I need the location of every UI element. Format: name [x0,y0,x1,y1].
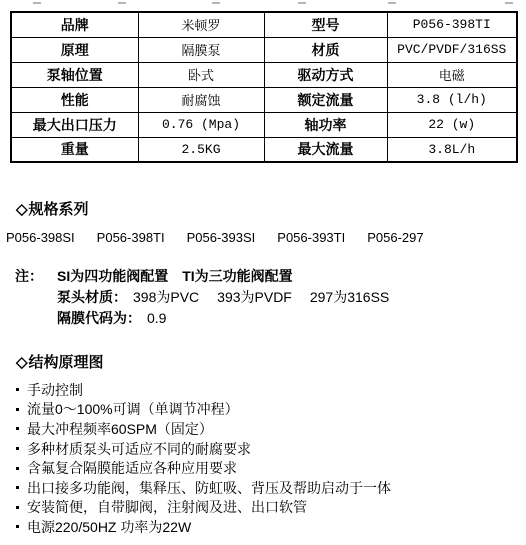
feature-text: 电源220/50HZ 功率为22W [27,517,191,537]
note-text: SI为四功能阀配置 [57,268,168,284]
bullet-icon [16,467,19,470]
bullet-icon [16,447,19,450]
text-fragment [33,2,41,4]
bullet-icon [16,388,19,391]
text-fragment [388,2,396,4]
spec-label: 泵轴位置 [11,62,138,87]
list-item: 电源220/50HZ 功率为22W [16,517,391,537]
bullet-icon [16,486,19,489]
spec-value: PVC/PVDF/316SS [387,37,517,62]
list-item: 流量0～100%可调（单调节冲程） [16,400,391,420]
note-text: 297为316SS [310,289,389,305]
spec-label: 最大出口压力 [11,112,138,137]
bullet-icon [16,408,19,411]
note-text: 隔膜代码为： [57,310,141,326]
series-model: P056-398SI [6,230,75,245]
table-row: 重量 2.5KG 最大流量 3.8L/h [11,137,517,162]
series-model: P056-297 [367,230,423,245]
feature-text: 多种材质泵头可适应不同的耐腐要求 [27,439,251,459]
section-title: 结构原理图 [29,354,104,371]
note-block: 注： SI为四功能阀配置TI为三功能阀配置 泵头材质：398为PVC393为PV… [15,266,389,329]
text-fragment [505,2,513,4]
spec-value: 22 (w) [387,112,517,137]
spec-value: 耐腐蚀 [138,87,264,112]
feature-text: 流量0～100%可调（单调节冲程） [27,399,239,419]
feature-text: 最大冲程频率60SPM（固定） [27,419,213,439]
spec-label: 轴功率 [264,112,387,137]
section-heading-structure: ◇结构原理图 [16,351,104,372]
list-item: 出口接多功能阀，集释压、防虹吸、背压及帮助启动于一体 [16,478,391,498]
spec-label: 重量 [11,137,138,162]
feature-text: 手动控制 [27,380,83,400]
spec-value: 0.76 (Mpa) [138,112,264,137]
bullet-icon [16,506,19,509]
note-text: 398为PVC [133,289,199,305]
section-title: 规格系列 [29,201,89,218]
spec-label: 型号 [264,12,387,37]
feature-list: 手动控制 流量0～100%可调（单调节冲程） 最大冲程频率60SPM（固定） 多… [16,380,391,537]
spec-label: 驱动方式 [264,62,387,87]
spec-label: 最大流量 [264,137,387,162]
list-item: 多种材质泵头可适应不同的耐腐要求 [16,439,391,459]
series-model: P056-393SI [187,230,256,245]
spec-value: 米顿罗 [138,12,264,37]
section-heading-spec-series: ◇规格系列 [16,198,89,219]
spec-label: 性能 [11,87,138,112]
spec-series-list: P056-398SI P056-398TI P056-393SI P056-39… [6,230,424,245]
table-row: 品牌 米顿罗 型号 P056-398TI [11,12,517,37]
text-fragment [298,2,306,4]
note-content: SI为四功能阀配置TI为三功能阀配置 泵头材质：398为PVC393为PVDF2… [57,266,389,329]
spec-value: P056-398TI [387,12,517,37]
list-item: 安装简便，自带脚阀，注射阀及进、出口软管 [16,498,391,518]
spec-label: 额定流量 [264,87,387,112]
series-model: P056-398TI [97,230,165,245]
spec-value: 电磁 [387,62,517,87]
bullet-icon [16,525,19,528]
table-row: 泵轴位置 卧式 驱动方式 电磁 [11,62,517,87]
note-line-valve-config: SI为四功能阀配置TI为三功能阀配置 [57,266,389,287]
list-item: 手动控制 [16,380,391,400]
spec-value: 卧式 [138,62,264,87]
spec-label: 原理 [11,37,138,62]
feature-text: 出口接多功能阀，集释压、防虹吸、背压及帮助启动于一体 [27,478,391,498]
note-text: 0.9 [147,310,166,326]
bullet-icon [16,427,19,430]
table-row: 性能 耐腐蚀 额定流量 3.8 (l/h) [11,87,517,112]
spec-label: 材质 [264,37,387,62]
list-item: 最大冲程频率60SPM（固定） [16,419,391,439]
list-item: 含氟复合隔膜能适应各种应用要求 [16,458,391,478]
diamond-icon: ◇ [16,201,28,218]
series-model: P056-393TI [277,230,345,245]
text-fragment [212,2,220,4]
diamond-icon: ◇ [16,354,28,371]
table-row: 原理 隔膜泵 材质 PVC/PVDF/316SS [11,37,517,62]
note-text: 泵头材质： [57,289,127,305]
note-label: 注： [15,266,57,287]
spec-value: 2.5KG [138,137,264,162]
spec-label: 品牌 [11,12,138,37]
text-fragment [118,2,126,4]
spec-value: 隔膜泵 [138,37,264,62]
note-line-diaphragm-code: 隔膜代码为：0.9 [57,308,389,329]
table-row: 最大出口压力 0.76 (Mpa) 轴功率 22 (w) [11,112,517,137]
spec-value: 3.8 (l/h) [387,87,517,112]
note-text: 393为PVDF [217,289,292,305]
note-text: TI为三功能阀配置 [182,268,292,284]
feature-text: 安装简便，自带脚阀，注射阀及进、出口软管 [27,497,307,517]
spec-table: 品牌 米顿罗 型号 P056-398TI 原理 隔膜泵 材质 PVC/PVDF/… [10,11,518,163]
spec-value: 3.8L/h [387,137,517,162]
note-line-head-material: 泵头材质：398为PVC393为PVDF297为316SS [57,287,389,308]
feature-text: 含氟复合隔膜能适应各种应用要求 [27,458,237,478]
